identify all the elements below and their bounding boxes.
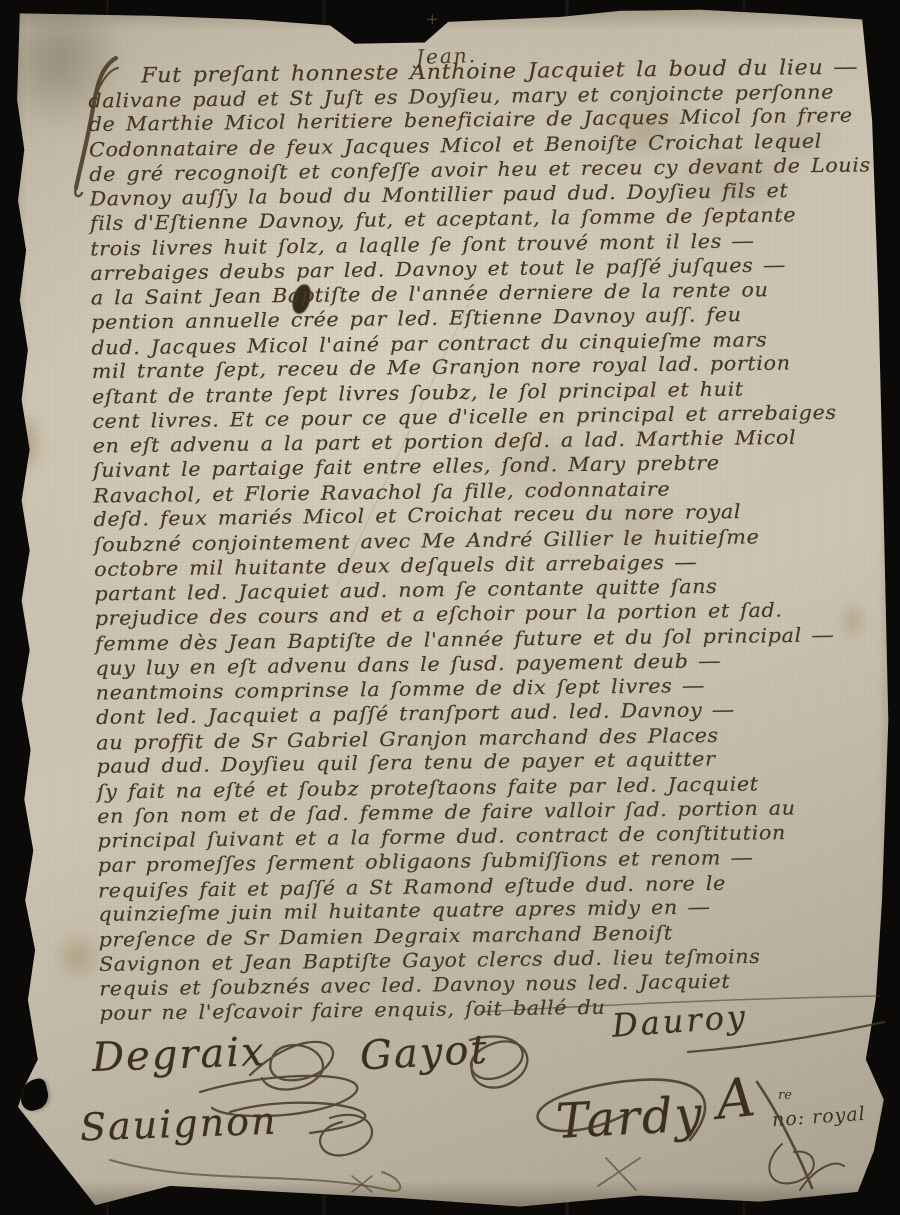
paper-hole — [17, 1077, 51, 1113]
invocation-cross-mark: + — [426, 10, 439, 28]
signature-tardy: Tardy — [555, 1086, 705, 1150]
signature-savignon: Sauignon — [79, 1099, 278, 1150]
notary-initial: A — [713, 1070, 757, 1128]
manuscript-body: Fut preſant honneste Anthoine Jacquiet l… — [88, 54, 890, 1026]
photograph-of-manuscript: + Jean. Fut preſant honneste Anthoine Ja… — [0, 0, 900, 1215]
notary-mark: A re no: royal — [716, 1072, 755, 1126]
foxing-stain — [52, 928, 104, 984]
foxing-stain — [10, 408, 44, 478]
notary-superscript: re — [778, 1088, 792, 1103]
signature-degraix: Degraix — [91, 1029, 266, 1081]
signature-gayot: Gayot — [359, 1027, 490, 1080]
